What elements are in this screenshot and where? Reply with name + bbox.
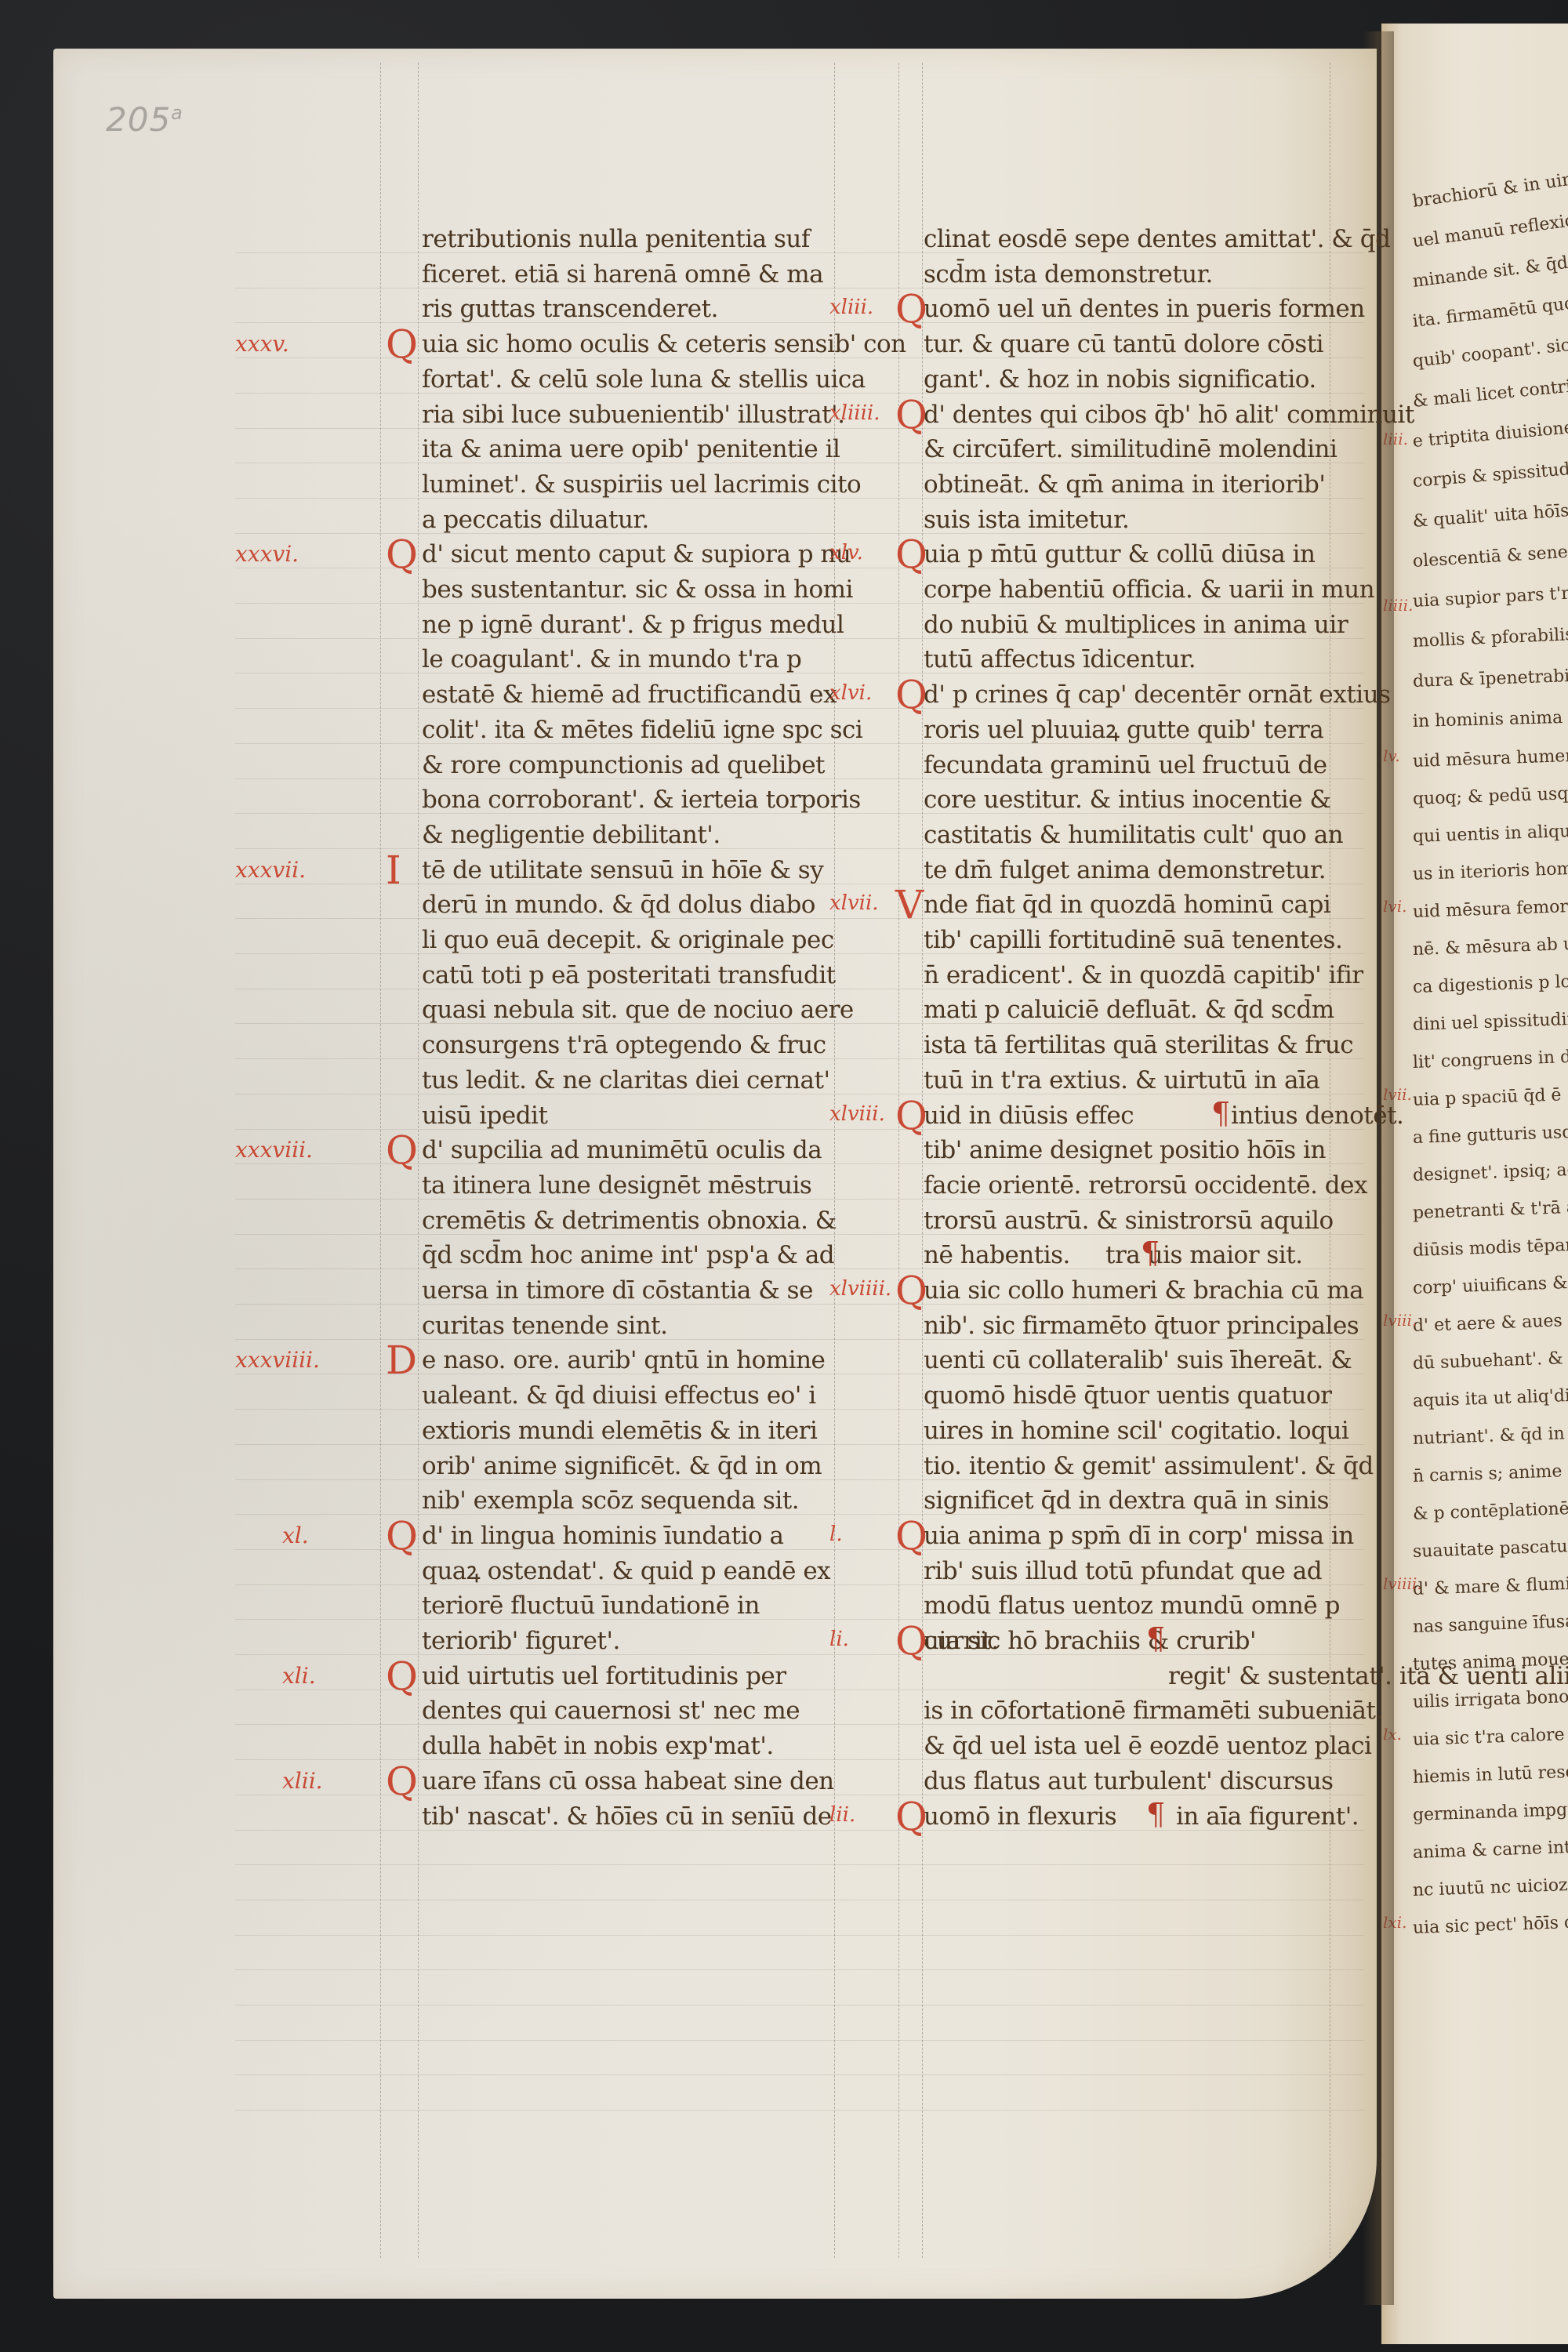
- text-line: roris uel pluuiaꝝ gutte quib' terra: [924, 712, 1323, 748]
- chapter-number: xxxv.: [235, 331, 289, 357]
- facing-text-line: quoq; & pedū usq; ad finē: [1412, 776, 1568, 815]
- facing-text-line: anima & carne int' se: [1412, 1831, 1568, 1869]
- chapter-number: xlii.: [282, 1768, 323, 1794]
- chapter-number: xliii.: [829, 296, 873, 319]
- text-line: scd̄m ista demonstretur.: [924, 256, 1213, 292]
- text-line: uid in diūsis effec: [924, 1098, 1134, 1134]
- text-line: uid uirtutis uel fortitudinis per: [422, 1658, 786, 1694]
- facing-text-line: aquis ita ut aliq'diu sine: [1412, 1379, 1568, 1417]
- text-line: uia sic collo humeri & brachia cū ma: [924, 1272, 1363, 1308]
- text-line: do nubiū & multiplices in anima uir: [924, 607, 1348, 643]
- facing-page: brachiorū & in uincturisuel manuū reflex…: [1381, 24, 1568, 2344]
- chapter-number: xxxviiii.: [235, 1347, 320, 1373]
- text-line: tus ledit. & ne claritas diei cernat': [422, 1062, 830, 1098]
- text-line: catū toti p eā posteritati transfudit: [422, 957, 836, 993]
- text-line: bona corroborant'. & ierteia torporis: [422, 782, 861, 818]
- text-line: clinat eosdē sepe dentes amittat'. & q̄d: [924, 221, 1390, 257]
- rubricated-initial: Q: [895, 289, 927, 328]
- ruling-line: [235, 1935, 1364, 1936]
- text-line: e naso. ore. aurib' qntū in homine: [422, 1342, 825, 1378]
- rubricated-initial: D: [386, 1341, 417, 1380]
- chapter-number: xliiii.: [829, 401, 880, 425]
- text-line: fecundata graminū uel fructuū de: [924, 747, 1327, 783]
- text-line: tib' capilli fortitudinē suā tenentes.: [924, 922, 1342, 958]
- facing-text-line: a fine gutturis usq; ad u: [1412, 1116, 1568, 1154]
- text-line: retributionis nulla penitentia suf: [422, 221, 810, 257]
- text-line: tio. itentio & gemit' assimulent'. & q̄d: [924, 1448, 1374, 1484]
- facing-text-line: us in iterioris hominis q: [1412, 852, 1568, 891]
- text-line: curitas tenende sint.: [422, 1308, 668, 1344]
- facing-text-line: suauitate pascatur.: [1412, 1531, 1568, 1568]
- chapter-number: xl.: [282, 1523, 309, 1548]
- text-line: luminet'. & suspiriis uel lacrimis cito: [422, 466, 861, 503]
- facing-text-line: germinanda impgna: [1412, 1794, 1568, 1831]
- text-line: colit'. ita & mētes fideliū igne spc sci: [422, 712, 862, 748]
- paragraph-mark-icon: ¶: [1211, 1096, 1230, 1131]
- text-line: consurgens t'rā optegendo & fruc: [422, 1027, 826, 1063]
- rubricated-initial: Q: [895, 1096, 927, 1135]
- text-line: castitatis & humilitatis cult' quo an: [924, 817, 1343, 853]
- text-line: modū flatus uentoz mundū omnē p: [924, 1588, 1340, 1624]
- text-line: uersa in timore dī cōstantia & se: [422, 1272, 813, 1308]
- text-line: & q̄d uel ista uel ē eozdē uentoz placi: [924, 1728, 1371, 1764]
- text-line: quomō hisdē q̄tuor uentis quatuor: [924, 1377, 1331, 1414]
- text-line: derū in mundo. & q̄d dolus diabo: [422, 887, 815, 923]
- text-line: is in cōfortationē firmamēti subueniāt.: [924, 1693, 1383, 1729]
- text-line: gant'. & hoz in nobis significatio.: [924, 361, 1316, 397]
- text-line: intius denotēt.: [1231, 1098, 1403, 1134]
- text-line: d' supcilia ad munimētū oculis da: [422, 1132, 822, 1168]
- rubricated-initial: V: [895, 885, 924, 924]
- facing-text-line: corp' uiuificans & ad opa: [1412, 1265, 1568, 1305]
- text-line: mati p caluiciē defluāt. & q̄d scd̄m: [924, 992, 1334, 1028]
- text-line: uenti cū collateralib' suis īhereāt. &: [924, 1342, 1352, 1378]
- rubricated-initial: Q: [895, 1797, 927, 1836]
- text-line: tē de utilitate sensuū in hōīe & sy: [422, 852, 823, 888]
- rubricated-initial: Q: [386, 1762, 418, 1801]
- facing-text-line: d' et aere & aues ad uolan: [1412, 1303, 1568, 1342]
- facing-text-line: uia p spaciū q̄d ē: [1412, 1080, 1562, 1116]
- text-line: fortat'. & celū sole luna & stellis uica: [422, 361, 866, 397]
- text-line: extioris mundi elemētis & in iteri: [422, 1413, 817, 1449]
- text-line: ualeant. & q̄d diuisi effectus eo' i: [422, 1377, 816, 1414]
- facing-text-line: corpis & spissitudinis sp: [1411, 450, 1568, 498]
- rubricated-initial: Q: [895, 1271, 927, 1310]
- text-line: trorsū austrū. & sinistrorsū aquilo: [924, 1203, 1334, 1239]
- text-line: dus flatus aut turbulent' discursus: [924, 1763, 1334, 1799]
- text-line: uia p m̄tū guttur & collū diūsa in: [924, 536, 1315, 572]
- text-line: significet q̄d in dextra quā in sinis: [924, 1483, 1329, 1519]
- text-line: corpe habentiū officia. & uarii in mun: [924, 572, 1374, 608]
- text-line: bes sustentantur. sic & ossa in homi: [422, 572, 853, 608]
- text-line: ria sibi luce subuenientib' illustrat'.: [422, 397, 844, 433]
- text-line: facie orientē. retrorsū occidentē. dex: [924, 1167, 1367, 1203]
- folio-number: 205a: [106, 100, 183, 139]
- text-line: & rore compunctionis ad quelibet: [422, 747, 825, 783]
- ruling-line: [235, 2110, 1364, 2111]
- text-line: te dm̄ fulget anima demonstretur.: [924, 852, 1326, 888]
- chapter-number: xli.: [282, 1663, 316, 1689]
- text-line: uomō uel un̄ dentes in pueris formen: [924, 291, 1365, 327]
- text-line: uires in homine scil' cogitatio. loqui: [924, 1413, 1348, 1449]
- facing-text-line: n̄ carnis s; anime deside: [1412, 1454, 1568, 1493]
- text-line: nē habentis.: [924, 1237, 1070, 1273]
- facing-text-line: in hominis anima iueni: [1412, 701, 1568, 738]
- text-line: core uestitur. & intius inocentie &: [924, 782, 1331, 818]
- rubricated-initial: Q: [386, 1131, 418, 1170]
- facing-text-line: & p contēplationē uolet: [1412, 1492, 1568, 1530]
- text-line: nib' exempla scōz sequenda sit.: [422, 1483, 799, 1519]
- facing-text-line: designet'. ipsiq; aeri om: [1412, 1153, 1568, 1192]
- paragraph-mark-icon: ¶: [1146, 1621, 1165, 1656]
- rubricated-initial: Q: [895, 675, 927, 714]
- rubricated-initial: Q: [895, 1621, 927, 1661]
- chapter-number: lii.: [829, 1803, 855, 1827]
- chapter-number: xxxvii.: [235, 857, 306, 883]
- facing-text-line: lit' congruens in diūsis a: [1412, 1040, 1568, 1079]
- text-line: teriorē fluctuū īundationē in: [422, 1588, 760, 1624]
- facing-text-line: e triptita diuisione hu: [1411, 410, 1568, 458]
- rubricated-initial: Q: [386, 1516, 418, 1555]
- text-line: dulla habēt in nobis exp'mat'.: [422, 1728, 774, 1764]
- text-line: ta itinera lune designēt mēstruis: [422, 1167, 811, 1203]
- text-line: estatē & hiemē ad fructificandū ex: [422, 677, 837, 713]
- text-line: li quo euā decepit. & originale pec: [422, 922, 834, 958]
- ruling-line: [235, 1900, 1364, 1900]
- paragraph-mark-icon: ¶: [1146, 1797, 1165, 1831]
- text-line: d' sicut mento caput & supiora p nu: [422, 536, 851, 572]
- text-line: tib' nascat'. & hōīes cū in senīū de: [422, 1798, 832, 1835]
- text-line: suis ista imitetur.: [924, 502, 1129, 538]
- text-line: cremētis & detrimentis obnoxia. &: [422, 1203, 837, 1239]
- text-line: quaꝝ ostendat'. & quid p eandē ex: [422, 1553, 830, 1589]
- chapter-number: xlvii.: [829, 891, 879, 915]
- chapter-number: xlviiii.: [829, 1277, 891, 1301]
- facing-text-line: dini uel spissitudini t're: [1412, 1003, 1568, 1041]
- facing-text-line: nutriant'. & q̄d in huic: [1412, 1417, 1568, 1455]
- facing-text-line: olescentiā & senectutē eid: [1412, 532, 1568, 578]
- text-line: rib' suis illud totū pfundat que ad: [924, 1553, 1322, 1589]
- chapter-number: l.: [829, 1523, 843, 1546]
- ruling-line: [235, 1864, 1364, 1865]
- facing-text-line: nc iuutū nc uicioz f: [1412, 1870, 1568, 1907]
- facing-text-line: qui uentis in aliqua ppor: [1412, 814, 1568, 853]
- facing-text-line: & qualit' uita hōīs scd̄m: [1412, 492, 1568, 538]
- text-line: dentes qui cauernosi st' nec me: [422, 1693, 800, 1729]
- facing-text-line: mollis & pforabilis. ifer: [1412, 618, 1568, 658]
- facing-text-line: d' & mare & flumina p: [1412, 1567, 1568, 1606]
- text-line: tuū in t'ra extius. & uirtutū in aīa: [924, 1062, 1319, 1098]
- facing-text-line: uid mēsura femorū iant: [1412, 890, 1568, 928]
- rubricated-initial: Q: [386, 1657, 418, 1696]
- text-line: ita & anima uere opib' penitentie il: [422, 431, 840, 467]
- text-line: ris guttas transcenderet.: [422, 291, 718, 327]
- facing-text-line: uia sic t'ra calore estatis: [1412, 1717, 1568, 1756]
- text-line: tra uis maior sit.: [1105, 1237, 1303, 1273]
- chapter-number: xlviii.: [829, 1102, 885, 1126]
- text-line: currit.: [924, 1623, 999, 1659]
- ruling-line: [235, 2074, 1364, 2075]
- ruling-line: [235, 1969, 1364, 1970]
- facing-text-line: uid mēsura humeroz cub: [1412, 739, 1568, 778]
- text-line: n̄ eradicent'. & in quozdā capitib' ifir: [924, 957, 1363, 993]
- chapter-number: xxxviii.: [235, 1137, 313, 1163]
- text-line: & circūfert. similitudinē molendini: [924, 431, 1337, 467]
- text-line: ista tā fertilitas quā sterilitas & fruc: [924, 1027, 1353, 1063]
- text-line: & negligentie debilitant'.: [422, 817, 720, 853]
- text-line: teriorib' figuret'.: [422, 1623, 620, 1659]
- text-line: uomō in flexuris: [924, 1798, 1116, 1835]
- facing-text-line: nas sanguine īfusas co: [1412, 1605, 1568, 1643]
- chapter-number: xxxvi.: [235, 541, 299, 567]
- rubricated-initial: Q: [895, 535, 927, 574]
- chapter-number: li.: [829, 1628, 849, 1651]
- rubricated-initial: Q: [386, 325, 418, 364]
- text-line: tur. & quare cū tantū dolore cōsti: [924, 326, 1323, 362]
- facing-text-line: ca digestionis p longitud: [1412, 964, 1568, 1004]
- text-line: in aīa figurent'.: [1176, 1798, 1359, 1835]
- chapter-number: xlvi.: [829, 681, 872, 705]
- text-line: d' in lingua hominis īundatio a: [422, 1518, 784, 1554]
- paragraph-mark-icon: ¶: [1141, 1236, 1160, 1270]
- text-line: uia anima p spm̄ dī in corp' missa in: [924, 1518, 1354, 1554]
- text-line: quasi nebula sit. que de nociuo aere: [422, 992, 854, 1028]
- text-line: nde fiat q̄d in quozdā hominū capi: [924, 887, 1330, 923]
- facing-text-line: diūsis modis tēpanti. an: [1412, 1229, 1568, 1267]
- text-line: uisū ipedit: [422, 1098, 547, 1134]
- text-line: tib' anime designet positio hōīs in: [924, 1132, 1326, 1168]
- ruling-line: [235, 2040, 1364, 2041]
- text-line: d' p crines q̄ cap' decentēr ornāt extiu…: [924, 677, 1391, 713]
- text-line: regit' & sustentat'. ita & uenti alii al…: [1168, 1658, 1568, 1694]
- facing-text-line: dura & īpenetrabilis sit.: [1412, 659, 1568, 698]
- text-line: obtineāt. & qm̄ anima in iteriorib': [924, 466, 1325, 503]
- facing-text-line: uia supior pars t're tene: [1412, 575, 1568, 618]
- text-line: ficeret. etiā si harenā omnē & ma: [422, 256, 823, 292]
- rubricated-initial: Q: [895, 395, 927, 434]
- text-line: uare īfans cū ossa habeat sine den: [422, 1763, 834, 1799]
- text-line: ne p ignē durant'. & p frigus medul: [422, 607, 844, 643]
- facing-text-line: nē. & mēsura ab umbilico: [1412, 927, 1568, 966]
- rubricated-initial: I: [386, 851, 401, 890]
- chapter-number: xlv.: [829, 541, 863, 564]
- facing-text-line: dū subuehant'. & etiā q: [1412, 1341, 1568, 1380]
- facing-text-line: penetranti & t'rā ad feren: [1412, 1190, 1568, 1229]
- text-line: d' dentes qui cibos q̄b' hō alit' commin…: [924, 397, 1414, 433]
- rubricated-initial: Q: [895, 1516, 927, 1555]
- text-line: tutū affectus īdicentur.: [924, 641, 1196, 677]
- text-line: q̄d scd̄m hoc anime int' psp'a & ad: [422, 1237, 834, 1273]
- text-line: a peccatis diluatur.: [422, 502, 649, 538]
- text-line: uia sic homo oculis & ceteris sensib' co…: [422, 326, 906, 362]
- text-line: orib' anime significēt. & q̄d in om: [422, 1448, 822, 1484]
- facing-text-line: uia sic pect' hōīs co: [1412, 1907, 1568, 1944]
- text-line: nib'. sic firmamēto q̄tuor principales: [924, 1308, 1359, 1344]
- facing-text-line: hiemis in lutū resoluta: [1412, 1755, 1568, 1794]
- text-line: le coagulant'. & in mundo t'ra p: [422, 641, 801, 677]
- rubricated-initial: Q: [386, 535, 418, 574]
- ruling-line: [235, 2005, 1364, 2005]
